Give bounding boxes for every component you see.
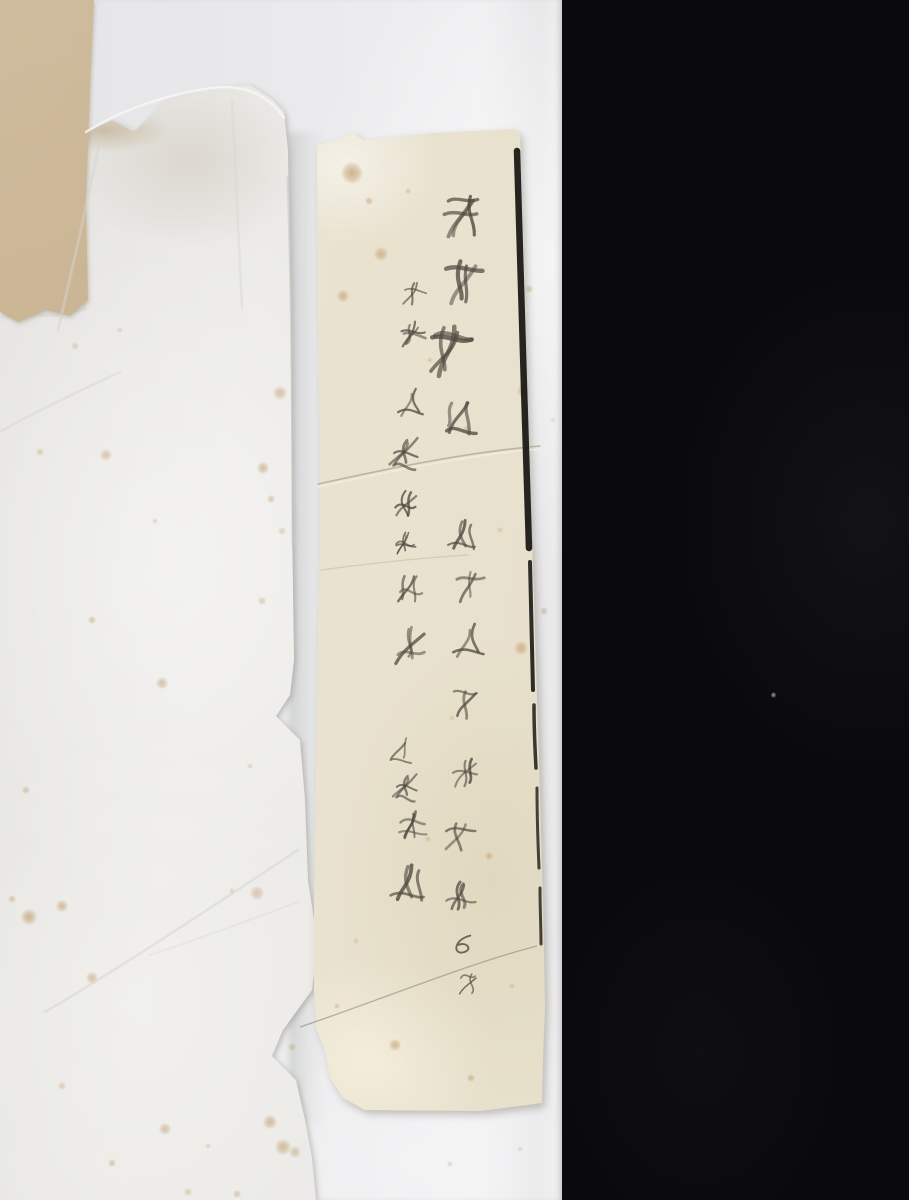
calligraphy-char (447, 929, 480, 962)
calligraphy-char (383, 732, 416, 765)
dust-speck (771, 692, 776, 698)
calligraphy-char (390, 528, 421, 559)
calligraphy-char (388, 566, 432, 610)
calligraphy-char (443, 751, 485, 793)
calligraphy-char (382, 856, 436, 910)
photograph (0, 0, 909, 1200)
calligraphy-column-origin (0, 0, 909, 1200)
calligraphy-char (454, 970, 482, 998)
calligraphy-char (415, 314, 490, 389)
calligraphy-column-titles (0, 0, 909, 1200)
calligraphy-char (398, 276, 431, 309)
calligraphy-char (446, 618, 493, 665)
calligraphy-char (384, 431, 427, 474)
calligraphy-column-name (0, 0, 909, 1200)
calligraphy-char (388, 768, 424, 804)
calligraphy-char (448, 566, 491, 609)
calligraphy-char (438, 812, 485, 859)
calligraphy-char (433, 252, 495, 314)
calligraphy-char (444, 683, 485, 724)
calligraphy-char (393, 804, 434, 845)
calligraphy (0, 0, 909, 1200)
calligraphy-char (434, 389, 487, 442)
calligraphy-char (387, 485, 425, 523)
calligraphy-char (392, 384, 431, 423)
calligraphy-char (433, 187, 491, 245)
calligraphy-char (394, 315, 432, 353)
calligraphy-char (437, 871, 485, 919)
calligraphy-char (384, 619, 437, 672)
calligraphy-char (441, 513, 485, 557)
